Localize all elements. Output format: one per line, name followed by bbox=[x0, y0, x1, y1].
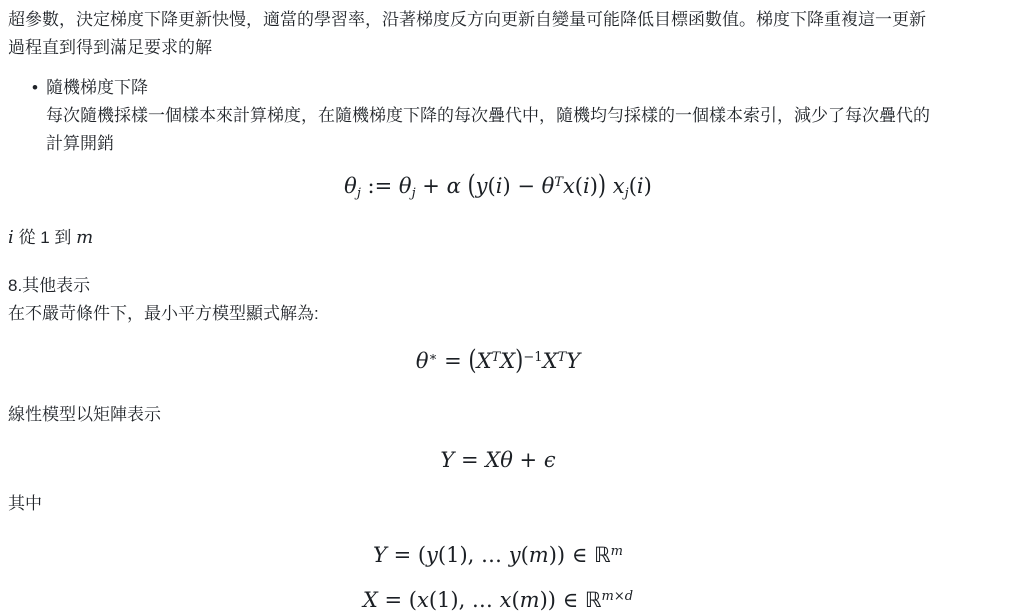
math-token: θ bbox=[344, 174, 357, 198]
math-token bbox=[606, 174, 613, 198]
math-token: θ bbox=[542, 174, 555, 198]
math-token: x bbox=[500, 588, 512, 611]
math-token: = ( bbox=[378, 588, 417, 611]
matrix-intro-line: 線性模型以矩陣表示 bbox=[8, 401, 988, 429]
math-token: θ bbox=[399, 174, 412, 198]
math-token: x bbox=[417, 588, 429, 611]
math-token: ( bbox=[575, 174, 583, 198]
math-token: ) bbox=[644, 174, 652, 198]
text-line: 在不嚴苛條件下，最小平方模型顯式解為: bbox=[8, 300, 988, 328]
math-token: ( bbox=[488, 174, 496, 198]
math-token: Y bbox=[440, 448, 454, 472]
math-token: ) bbox=[515, 334, 523, 385]
math-token: )) ∈ bbox=[549, 543, 594, 567]
math-token: 從 1 到 bbox=[14, 228, 76, 247]
math-token: ϵ bbox=[544, 448, 556, 472]
bullet-title: 隨機梯度下降 bbox=[46, 74, 988, 102]
math-token: X bbox=[500, 349, 515, 373]
math-token: X bbox=[477, 349, 492, 373]
intro-paragraph: 超參數，決定梯度下降更新快慢，適當的學習率，沿著梯度反方向更新自變量可能降低目標… bbox=[8, 6, 988, 62]
math-token: θ bbox=[500, 448, 513, 472]
math-token: y bbox=[426, 543, 438, 567]
text-line: 過程直到得到滿足要求的解 bbox=[8, 34, 988, 62]
list-item-sgd: • 隨機梯度下降 每次隨機採樣一個樣本來計算梯度，在隨機梯度下降的每次疊代中，隨… bbox=[46, 74, 988, 158]
math-token: X bbox=[543, 349, 558, 373]
math-token: ) bbox=[590, 174, 598, 198]
math-token: −1 bbox=[523, 350, 542, 365]
math-token: ) bbox=[598, 164, 606, 208]
math-token: )) ∈ bbox=[540, 588, 585, 611]
math-token: = bbox=[454, 448, 485, 472]
math-token: i bbox=[637, 174, 644, 198]
math-token: ( bbox=[511, 588, 519, 611]
math-token: T bbox=[558, 350, 567, 365]
math-token: α bbox=[447, 174, 461, 198]
text-line: 計算開銷 bbox=[46, 130, 988, 158]
math-token: X bbox=[485, 448, 500, 472]
math-token: y bbox=[476, 174, 488, 198]
bullet-list: • 隨機梯度下降 每次隨機採樣一個樣本來計算梯度，在隨機梯度下降的每次疊代中，隨… bbox=[8, 74, 988, 158]
math-token: ℝ bbox=[594, 543, 611, 567]
math-token: x bbox=[613, 174, 625, 198]
section-8-paragraph: 8.其他表示 在不嚴苛條件下，最小平方模型顯式解為: bbox=[8, 272, 988, 328]
bullet-marker-icon: • bbox=[32, 74, 38, 102]
index-range-line: i 從 1 到 m bbox=[8, 224, 988, 252]
math-token: m bbox=[611, 544, 623, 559]
math-token: := bbox=[361, 174, 399, 198]
math-token: ( bbox=[467, 164, 475, 208]
math-token: ℝ bbox=[585, 588, 602, 611]
formula-closed-form: θ∗ = (XTX)−1XTY bbox=[8, 338, 988, 381]
math-token: = ( bbox=[387, 543, 426, 567]
document-page: 超參數，決定梯度下降更新快慢，適當的學習率，沿著梯度反方向更新自變量可能降低目標… bbox=[0, 0, 1024, 611]
math-token: ( bbox=[468, 334, 476, 385]
math-token: X bbox=[363, 588, 378, 611]
math-token: θ bbox=[416, 349, 429, 373]
math-token: Y bbox=[566, 349, 580, 373]
math-token: ) bbox=[502, 174, 510, 198]
formula-y-definition: Y = (y(1), … y(m)) ∈ ℝm bbox=[8, 535, 988, 572]
formula-sgd-update: θj := θj + α (y(i) − θTx(i)) xj(i) bbox=[8, 166, 988, 211]
math-token: ( bbox=[629, 174, 637, 198]
math-token: m×d bbox=[602, 589, 634, 604]
math-token: m bbox=[529, 543, 549, 567]
math-token: x bbox=[563, 174, 575, 198]
math-token: T bbox=[554, 175, 563, 190]
math-token: + bbox=[513, 448, 544, 472]
math-token: y bbox=[509, 543, 521, 567]
math-token: + bbox=[416, 174, 447, 198]
math-token: (1), … bbox=[429, 588, 500, 611]
math-token: ( bbox=[521, 543, 529, 567]
text-line: 超參數，決定梯度下降更新快慢，適當的學習率，沿著梯度反方向更新自變量可能降低目標… bbox=[8, 6, 988, 34]
formula-x-definition: X = (x(1), … x(m)) ∈ ℝm×d bbox=[8, 580, 988, 611]
math-token: m bbox=[520, 588, 540, 611]
math-token: = bbox=[437, 349, 468, 373]
math-token: − bbox=[511, 174, 542, 198]
section-heading: 8.其他表示 bbox=[8, 272, 988, 300]
math-token: (1), … bbox=[438, 543, 509, 567]
math-token: i bbox=[583, 174, 590, 198]
where-label: 其中 bbox=[8, 490, 988, 518]
math-token bbox=[461, 174, 468, 198]
formula-linear-matrix: Y = Xθ + ϵ bbox=[8, 443, 988, 477]
math-token: T bbox=[492, 350, 501, 365]
text-line: 每次隨機採樣一個樣本來計算梯度，在隨機梯度下降的每次疊代中，隨機均勻採樣的一個樣… bbox=[46, 102, 988, 130]
math-token: m bbox=[76, 227, 93, 248]
math-token: Y bbox=[373, 543, 387, 567]
